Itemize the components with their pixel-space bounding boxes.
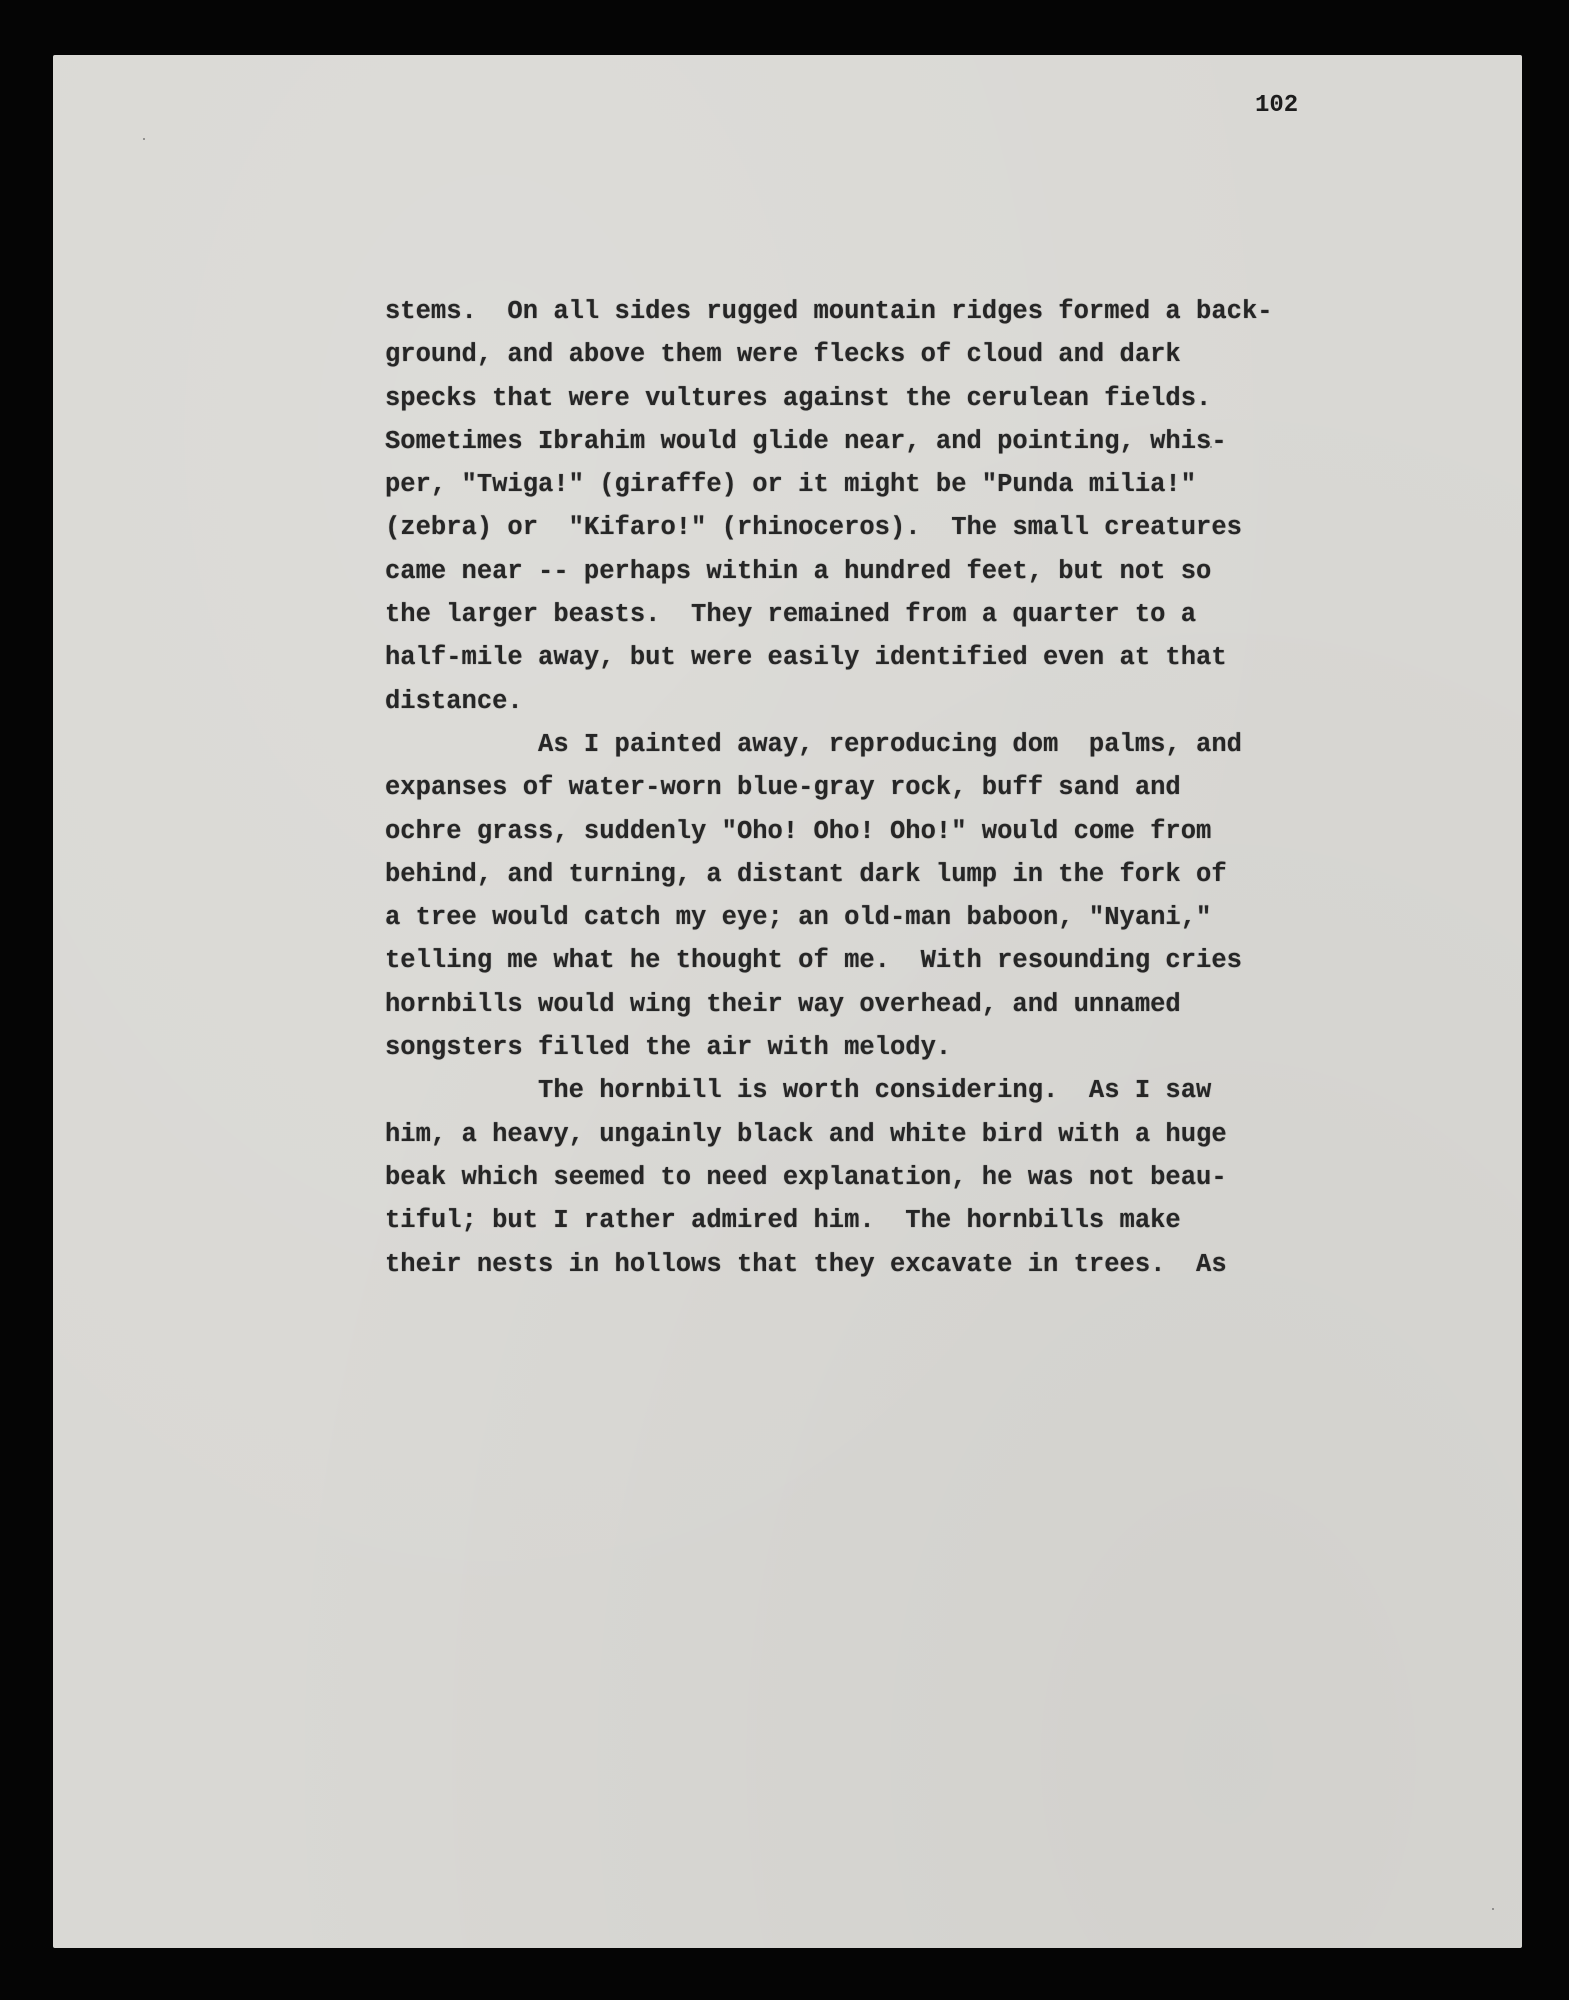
text-line: specks that were vultures against the ce… [385,377,1385,420]
text-line: the larger beasts. They remained from a … [385,593,1385,636]
text-line: came near -- perhaps within a hundred fe… [385,550,1385,593]
text-line: ochre grass, suddenly "Oho! Oho! Oho!" w… [385,810,1385,853]
text-line: ground, and above them were flecks of cl… [385,333,1385,376]
paper-speck [1492,1908,1494,1910]
paragraph: The hornbill is worth considering. As I … [385,1069,1385,1285]
text-line: The hornbill is worth considering. As I … [385,1069,1385,1112]
text-line: half-mile away, but were easily identifi… [385,636,1385,679]
paragraph: As I painted away, reproducing dom palms… [385,723,1385,1069]
text-line: him, a heavy, ungainly black and white b… [385,1113,1385,1156]
body-text: stems. On all sides rugged mountain ridg… [385,290,1385,1286]
text-line: distance. [385,680,1385,723]
text-line: expanses of water-worn blue-gray rock, b… [385,766,1385,809]
text-line: per, "Twiga!" (giraffe) or it might be "… [385,463,1385,506]
text-line: beak which seemed to need explanation, h… [385,1156,1385,1199]
text-line: songsters filled the air with melody. [385,1026,1385,1069]
text-line: tiful; but I rather admired him. The hor… [385,1199,1385,1242]
text-line: (zebra) or "Kifaro!" (rhinoceros). The s… [385,506,1385,549]
paper-speck [1210,446,1212,448]
text-line: Sometimes Ibrahim would glide near, and … [385,420,1385,463]
paragraph: stems. On all sides rugged mountain ridg… [385,290,1385,723]
page-number: 102 [1255,92,1298,119]
text-line: hornbills would wing their way overhead,… [385,983,1385,1026]
text-line: a tree would catch my eye; an old-man ba… [385,896,1385,939]
text-line: telling me what he thought of me. With r… [385,939,1385,982]
text-line: their nests in hollows that they excavat… [385,1243,1385,1286]
paper-speck [143,138,145,140]
text-line: stems. On all sides rugged mountain ridg… [385,290,1385,333]
text-line: As I painted away, reproducing dom palms… [385,723,1385,766]
text-line: behind, and turning, a distant dark lump… [385,853,1385,896]
